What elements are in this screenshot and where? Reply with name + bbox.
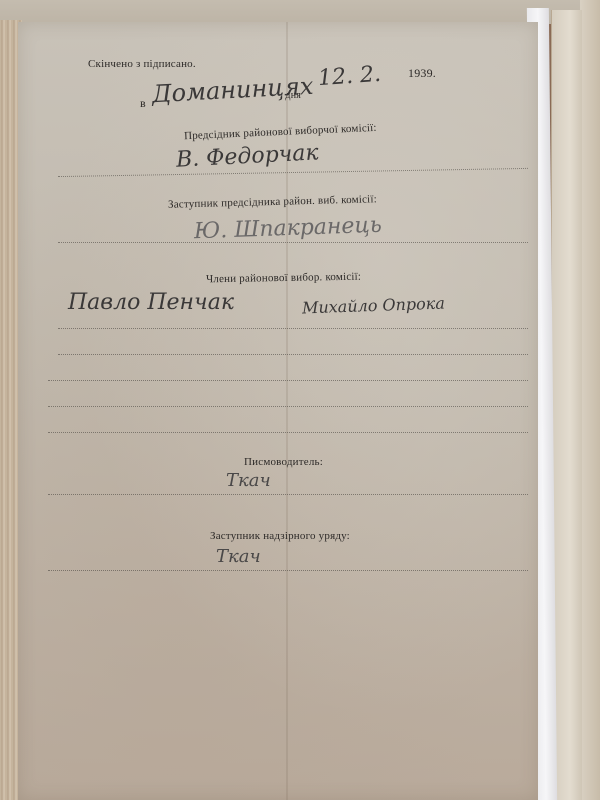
signature-line xyxy=(48,406,528,407)
chairman-signature: В. Федорчак xyxy=(175,140,319,172)
clerk-label: Писмоводитель: xyxy=(244,456,323,468)
document-page: Скінчено з підписано. в Доманинцях , дня… xyxy=(18,22,538,800)
page-fold-crease xyxy=(286,22,288,800)
year-text: 1939. xyxy=(408,66,436,81)
book-cover-right-edge xyxy=(580,0,600,800)
place-prefix: в xyxy=(140,96,146,111)
member-2-signature: Михайло Опрока xyxy=(302,294,445,318)
signature-line xyxy=(48,380,528,381)
members-label: Члени районової вибор. комісії: xyxy=(206,271,361,286)
signature-line xyxy=(58,242,528,243)
signature-line xyxy=(58,354,528,355)
signature-line xyxy=(58,328,528,329)
member-1-signature: Павло Пенчак xyxy=(68,290,234,315)
day-label: , дня xyxy=(280,90,301,101)
clerk-signature: Ткач xyxy=(226,470,271,491)
table-surface xyxy=(0,0,600,24)
signature-line xyxy=(48,494,528,495)
deputy-office-signature: Ткач xyxy=(216,546,261,567)
deputy-chairman-signature: Ю. Шпакранець xyxy=(194,213,383,245)
chairman-label: Предсідник районової виборчої комісії: xyxy=(184,122,377,142)
deputy-chairman-label: Заступник предсідника район. виб. комісі… xyxy=(168,193,377,210)
deputy-office-label: Заступник надзірного уряду: xyxy=(210,530,350,542)
signature-line xyxy=(48,432,528,433)
handwritten-date: 12. 2. xyxy=(317,62,382,91)
signature-line xyxy=(58,168,528,177)
closing-text: Скінчено з підписано. xyxy=(88,58,196,70)
signature-line xyxy=(48,570,528,571)
